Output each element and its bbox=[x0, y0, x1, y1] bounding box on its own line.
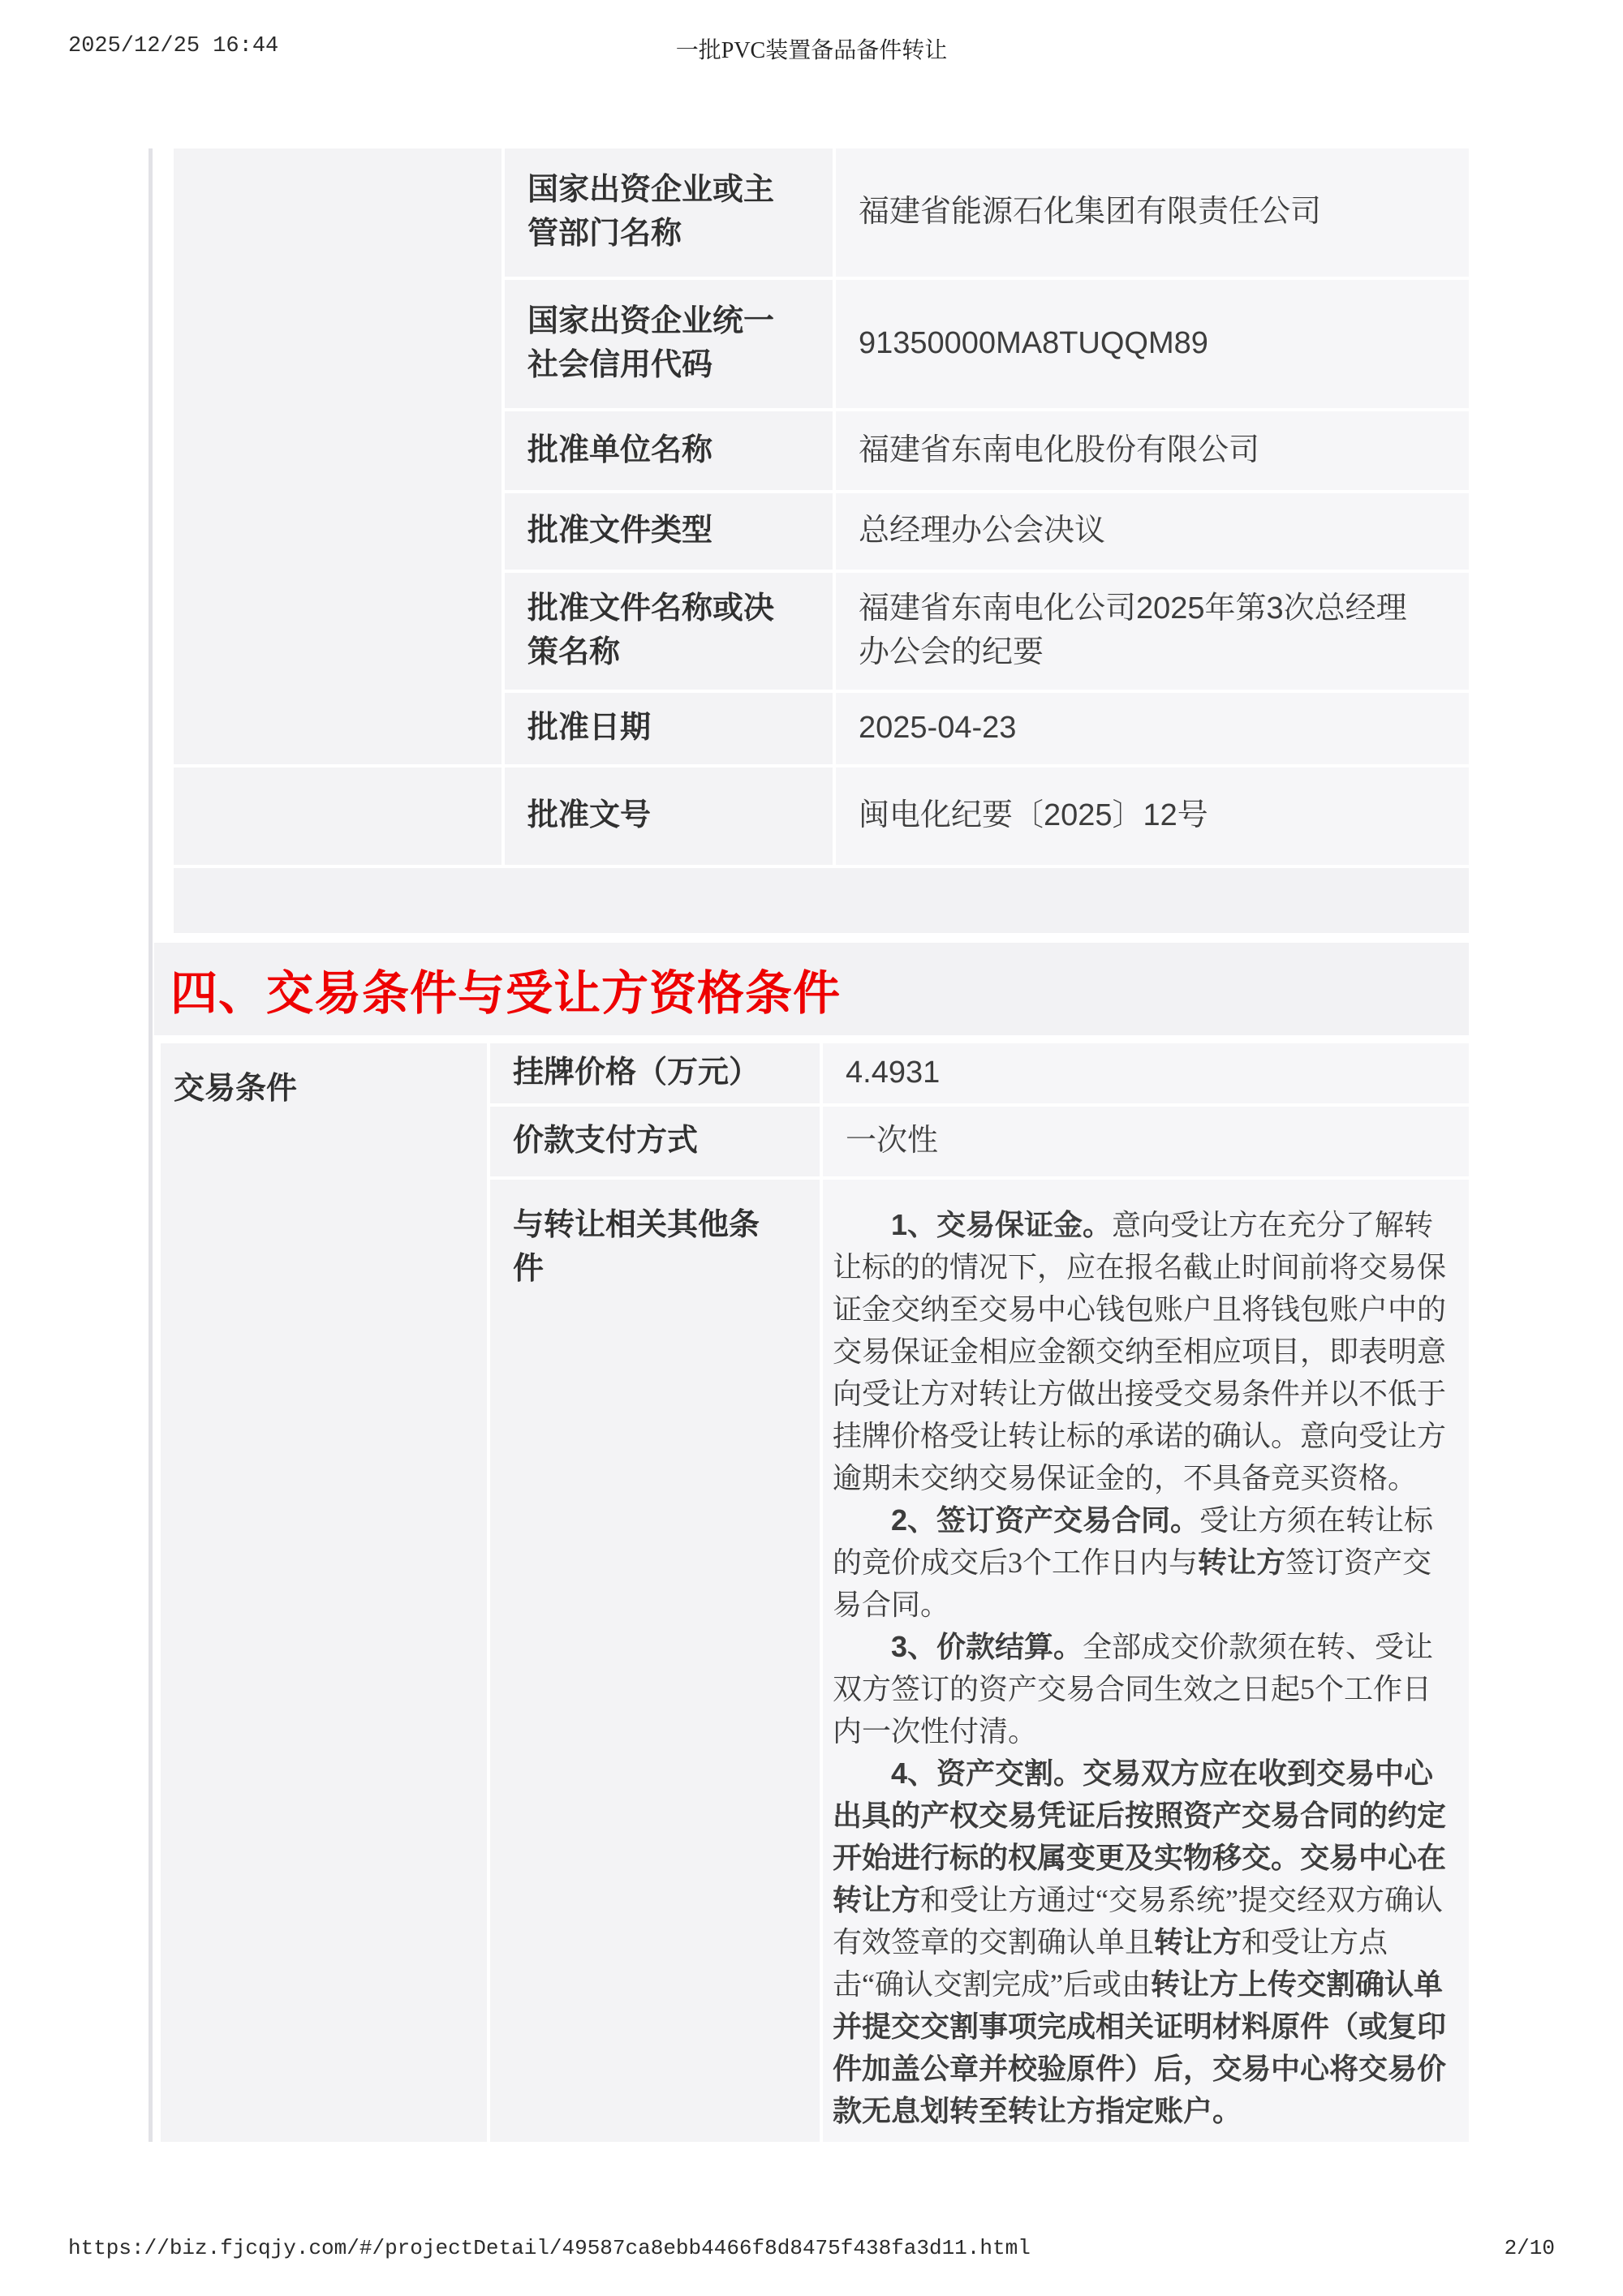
row-value: 福建省能源石化集团有限责任公司 bbox=[859, 191, 1321, 234]
text-run: 1、交易保证金。 bbox=[891, 1208, 1112, 1241]
row-value-cell: 4.4931 bbox=[823, 1043, 1469, 1103]
row-label-cell: 批准文件名称或决策名称 bbox=[505, 573, 833, 690]
row-value-cell: 2025-04-23 bbox=[836, 693, 1469, 764]
section-left-border bbox=[149, 148, 153, 2142]
row-value-cell: 闽电化纪要〔2025〕12号 bbox=[836, 767, 1469, 865]
text-run: 转让方 bbox=[1198, 1546, 1285, 1579]
row-value: 福建省东南电化公司2025年第3次总经理办公会的纪要 bbox=[859, 587, 1436, 675]
row-label: 批准文件名称或决策名称 bbox=[527, 587, 794, 675]
printed-page: { "print_header": { "datetime": "2025/12… bbox=[0, 0, 1623, 2296]
row-label: 国家出资企业或主管部门名称 bbox=[527, 169, 794, 256]
row-label: 国家出资企业统一社会信用代码 bbox=[527, 300, 794, 388]
text-run: 意向受让方在充分了解转让标的的情况下，应在报名截止时间前将交易保证金交纳至交易中… bbox=[833, 1208, 1446, 1494]
page-indicator: 2/10 bbox=[1505, 2236, 1555, 2260]
row-value: 91350000MA8TUQQM89 bbox=[859, 322, 1208, 366]
other-terms-cell: 1、交易保证金。意向受让方在充分了解转让标的的情况下，应在报名截止时间前将交易保… bbox=[823, 1180, 1469, 2142]
text-run: 2、签订资产交易合同。 bbox=[891, 1503, 1199, 1537]
row-label-cell: 批准文号 bbox=[505, 767, 833, 865]
category-cell: 交易条件 bbox=[161, 1043, 487, 2142]
row-value: 闽电化纪要〔2025〕12号 bbox=[859, 794, 1208, 838]
category-span-cell bbox=[174, 148, 502, 764]
row-value-cell: 福建省能源石化集团有限责任公司 bbox=[836, 148, 1469, 277]
row-value-cell: 总经理办公会决议 bbox=[836, 493, 1469, 570]
text-run: 并提交交割事项完成相关证明材料原件（或复印件加盖公章并校验原件）后，交易中心将交… bbox=[833, 2010, 1446, 2127]
other-terms-paragraph: 4、资产交割。交易双方应在收到交易中心出具的产权交易凭证后按照资产交易合同的约定… bbox=[833, 1752, 1449, 2132]
text-run: 转让方 bbox=[1154, 1925, 1242, 1958]
approval-table-bottom-strip bbox=[174, 868, 1469, 933]
row-label: 价款支付方式 bbox=[513, 1120, 698, 1163]
other-terms-paragraph: 3、价款结算。全部成交价款须在转、受让双方签订的资产交易合同生效之日起5个工作日… bbox=[833, 1626, 1449, 1752]
row-value: 4.4931 bbox=[846, 1051, 940, 1095]
row-value: 2025-04-23 bbox=[859, 707, 1016, 750]
row-label: 批准日期 bbox=[527, 707, 651, 750]
row-label-cell: 批准单位名称 bbox=[505, 411, 833, 490]
text-run: 4、资产交割。 bbox=[891, 1756, 1083, 1790]
section-heading-band: 四、交易条件与受让方资格条件 bbox=[154, 943, 1469, 1035]
text-run: 3、价款结算。 bbox=[891, 1630, 1083, 1663]
row-label-cell: 国家出资企业统一社会信用代码 bbox=[505, 280, 833, 408]
row-label-cell: 批准日期 bbox=[505, 693, 833, 764]
category-span-cell bbox=[174, 767, 502, 865]
row-label: 批准文号 bbox=[527, 794, 651, 838]
row-label-cell: 挂牌价格（万元） bbox=[490, 1043, 820, 1103]
row-value-cell: 91350000MA8TUQQM89 bbox=[836, 280, 1469, 408]
row-value-cell: 福建省东南电化股份有限公司 bbox=[836, 411, 1469, 490]
row-label: 批准文件类型 bbox=[527, 510, 712, 553]
row-label-cell: 国家出资企业或主管部门名称 bbox=[505, 148, 833, 277]
print-footer-url: https://biz.fjcqjy.com/#/projectDetail/4… bbox=[68, 2236, 1031, 2260]
print-header-title: 一批PVC装置备品备件转让 bbox=[0, 32, 1623, 65]
row-value: 福建省东南电化股份有限公司 bbox=[859, 429, 1259, 473]
conditions-table: 交易条件挂牌价格（万元）4.4931价款支付方式一次性与转让相关其他条件1、交易… bbox=[161, 1043, 1469, 2142]
text-run: 转让方上传交割确认单 bbox=[1151, 1967, 1443, 2001]
row-value-cell: 一次性 bbox=[823, 1107, 1469, 1176]
row-label-cell: 价款支付方式 bbox=[490, 1107, 820, 1176]
row-label: 批准单位名称 bbox=[527, 429, 712, 473]
approval-table: 国家出资企业或主管部门名称福建省能源石化集团有限责任公司国家出资企业统一社会信用… bbox=[174, 148, 1469, 865]
other-terms-paragraph: 2、签订资产交易合同。受让方须在转让标的竞价成交后3个工作日内与转让方签订资产交… bbox=[833, 1499, 1449, 1626]
row-label-cell: 与转让相关其他条件 bbox=[490, 1180, 820, 2142]
row-value: 一次性 bbox=[846, 1120, 938, 1163]
row-label-cell: 批准文件类型 bbox=[505, 493, 833, 570]
other-terms-paragraph: 1、交易保证金。意向受让方在充分了解转让标的的情况下，应在报名截止时间前将交易保… bbox=[833, 1204, 1449, 1499]
row-value-cell: 福建省东南电化公司2025年第3次总经理办公会的纪要 bbox=[836, 573, 1469, 690]
row-label: 与转让相关其他条件 bbox=[513, 1204, 781, 1292]
row-label: 挂牌价格（万元） bbox=[513, 1051, 760, 1095]
section-heading: 四、交易条件与受让方资格条件 bbox=[170, 955, 841, 1023]
row-value: 总经理办公会决议 bbox=[859, 510, 1105, 553]
